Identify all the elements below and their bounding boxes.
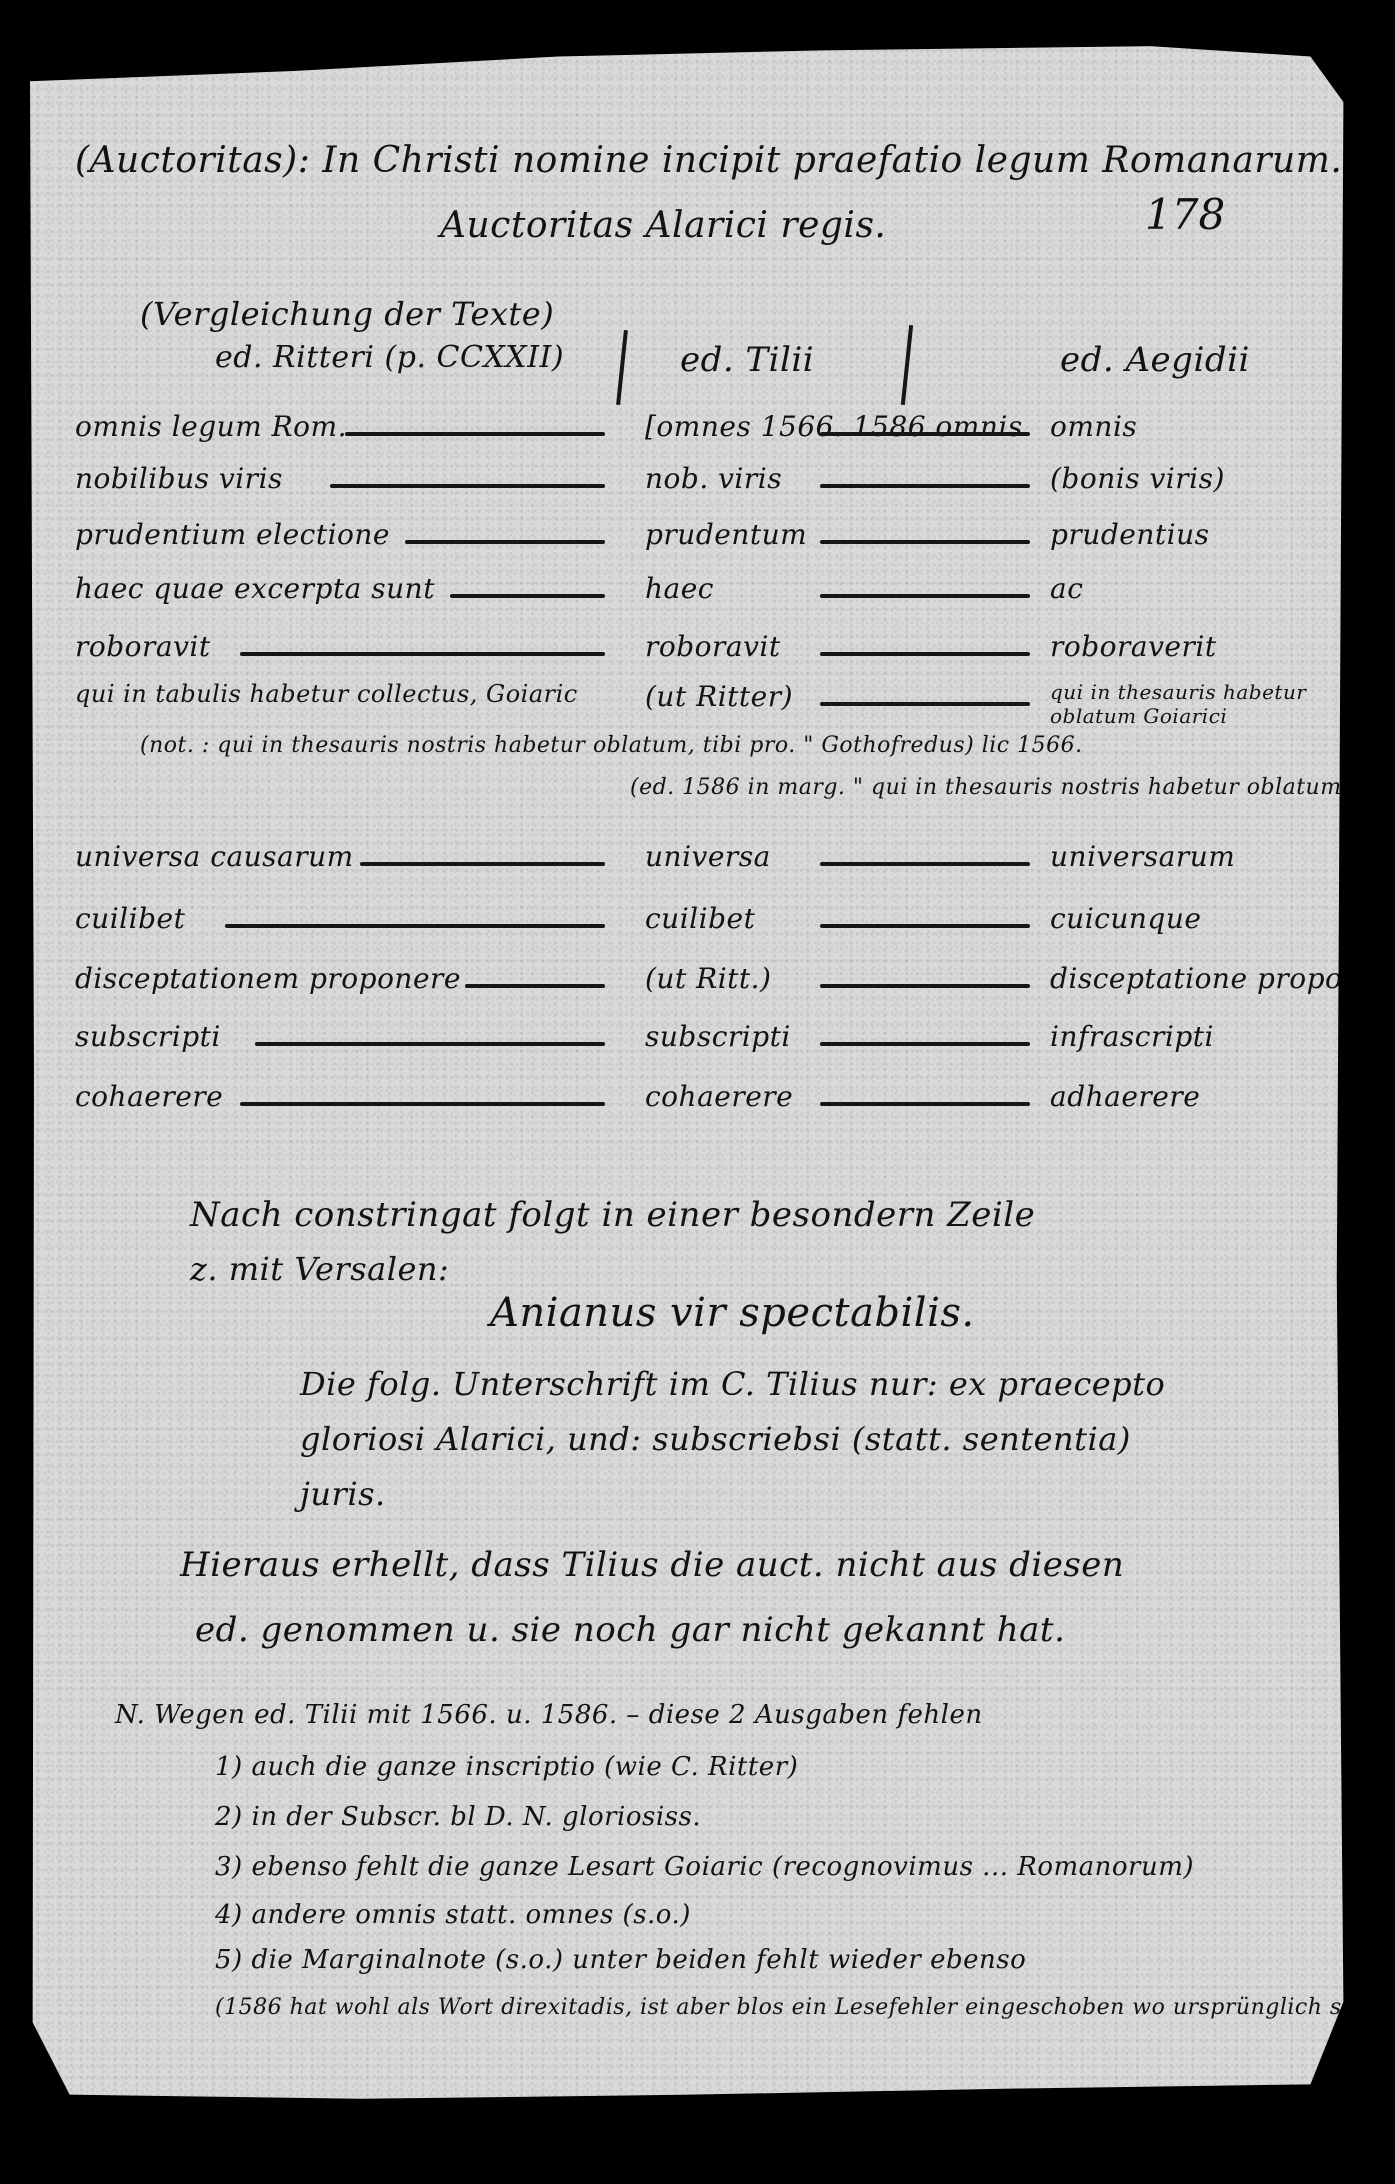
cell-ritter: nobilibus viris <box>75 462 283 495</box>
cell-aegidius: cuicunque <box>1050 902 1201 935</box>
row-connector-line <box>820 484 1030 488</box>
row-connector-line <box>820 702 1030 706</box>
note-line: 4) andere omnis statt. omnes (s.o.) <box>215 1900 691 1930</box>
cell-ritter: subscripti <box>75 1020 221 1053</box>
folio-number: 178 <box>1145 190 1225 239</box>
note-line: (1586 hat wohl als Wort direxitadis, ist… <box>215 1995 1395 2020</box>
cell-ritter: omnis legum Rom. <box>75 410 347 443</box>
cell-tilius: subscripti <box>645 1020 791 1053</box>
cell-aegidius: roboraverit <box>1050 630 1217 663</box>
note-line: N. Wegen ed. Tilii mit 1566. u. 1586. – … <box>115 1700 983 1730</box>
column-header-aegidius: ed. Aegidii <box>1060 340 1250 380</box>
cell-aegidius: prudentius <box>1050 518 1209 551</box>
note-line: 3) ebenso fehlt die ganze Lesart Goiaric… <box>215 1852 1194 1882</box>
paragraph-1-line-2: z. mit Versalen: <box>190 1250 449 1288</box>
cell-aegidius: ac <box>1050 572 1083 605</box>
note-line: 2) in der Subscr. bl D. N. gloriosiss. <box>215 1802 701 1832</box>
row-connector-line <box>345 432 605 436</box>
column-divider <box>616 330 628 405</box>
row-connector-line <box>820 924 1030 928</box>
cell-ritter: haec quae excerpta sunt <box>75 572 435 605</box>
row-connector-line <box>820 594 1030 598</box>
cell-tilius: prudentum <box>645 518 807 551</box>
row-connector-line <box>820 862 1030 866</box>
cell-tilius: [omnes 1566. 1586 omnis <box>645 410 1023 443</box>
cell-ritter: qui in tabulis habetur collectus, Goiari… <box>75 680 578 708</box>
note-line: 1) auch die ganze inscriptio (wie C. Rit… <box>215 1752 798 1782</box>
paragraph-2-line-1: Die folg. Unterschrift im C. Tilius nur:… <box>300 1365 1165 1403</box>
comparison-title: (Vergleichung der Texte) <box>140 295 554 333</box>
paragraph-1-line-1: Nach constringat folgt in einer besonder… <box>190 1195 1035 1235</box>
cell-tilius: (ut Ritt.) <box>645 962 771 995</box>
cell-ritter: disceptationem proponere <box>75 962 461 995</box>
variant-note-right: (ed. 1586 in marg. " qui in thesauris no… <box>630 775 1395 800</box>
row-connector-line <box>820 984 1030 988</box>
row-connector-line <box>820 1102 1030 1106</box>
cell-aegidius: qui in thesauris habetur oblatum Goiaric… <box>1050 680 1330 728</box>
cell-aegidius: (bonis viris) <box>1050 462 1225 495</box>
cell-ritter: cuilibet <box>75 902 185 935</box>
cell-ritter: prudentium electione <box>75 518 390 551</box>
row-connector-line <box>255 1042 605 1046</box>
column-header-ritter: ed. Ritteri (p. CCXXII) <box>215 340 564 375</box>
row-connector-line <box>240 1102 605 1106</box>
cell-tilius: universa <box>645 840 771 873</box>
heading-line-1: (Auctoritas): In Christi nomine incipit … <box>75 140 1342 181</box>
cell-tilius: nob. viris <box>645 462 782 495</box>
cell-ritter: roboravit <box>75 630 211 663</box>
row-connector-line <box>330 484 605 488</box>
row-connector-line <box>820 432 1030 436</box>
row-connector-line <box>820 540 1030 544</box>
row-connector-line <box>240 652 605 656</box>
paragraph-2-line-2: gloriosi Alarici, und: subscriebsi (stat… <box>300 1420 1131 1458</box>
column-header-tilius: ed. Tilii <box>680 340 814 380</box>
column-divider <box>901 325 913 405</box>
row-connector-line <box>820 1042 1030 1046</box>
row-connector-line <box>820 652 1030 656</box>
cell-aegidius: infrascripti <box>1050 1020 1214 1053</box>
paragraph-2-line-3: juris. <box>300 1475 386 1513</box>
cell-aegidius: universarum <box>1050 840 1235 873</box>
row-connector-line <box>225 924 605 928</box>
cell-aegidius: disceptatione proponere <box>1050 962 1395 995</box>
row-connector-line <box>450 594 605 598</box>
cell-aegidius: adhaerere <box>1050 1080 1200 1113</box>
cell-tilius: cuilibet <box>645 902 755 935</box>
variant-note-left: (not. : qui in thesauris nostris habetur… <box>140 733 1083 758</box>
paragraph-3-line-1: Hieraus erhellt, dass Tilius die auct. n… <box>180 1545 1124 1585</box>
row-connector-line <box>465 984 605 988</box>
cell-ritter: universa causarum <box>75 840 354 873</box>
paragraph-3-line-2: ed. genommen u. sie noch gar nicht gekan… <box>195 1610 1065 1650</box>
cell-tilius: (ut Ritter) <box>645 680 793 713</box>
cell-tilius: roboravit <box>645 630 781 663</box>
row-connector-line <box>405 540 605 544</box>
manuscript-page: (Auctoritas): In Christi nomine incipit … <box>30 40 1350 2105</box>
cell-tilius: cohaerere <box>645 1080 793 1113</box>
cell-ritter: cohaerere <box>75 1080 223 1113</box>
note-line: 5) die Marginalnote (s.o.) unter beiden … <box>215 1945 1026 1975</box>
cell-tilius: haec <box>645 572 714 605</box>
cell-aegidius: omnis <box>1050 410 1137 443</box>
row-connector-line <box>360 862 605 866</box>
paragraph-1-center: Anianus vir spectabilis. <box>490 1290 975 1336</box>
heading-line-2: Auctoritas Alarici regis. <box>440 205 886 246</box>
